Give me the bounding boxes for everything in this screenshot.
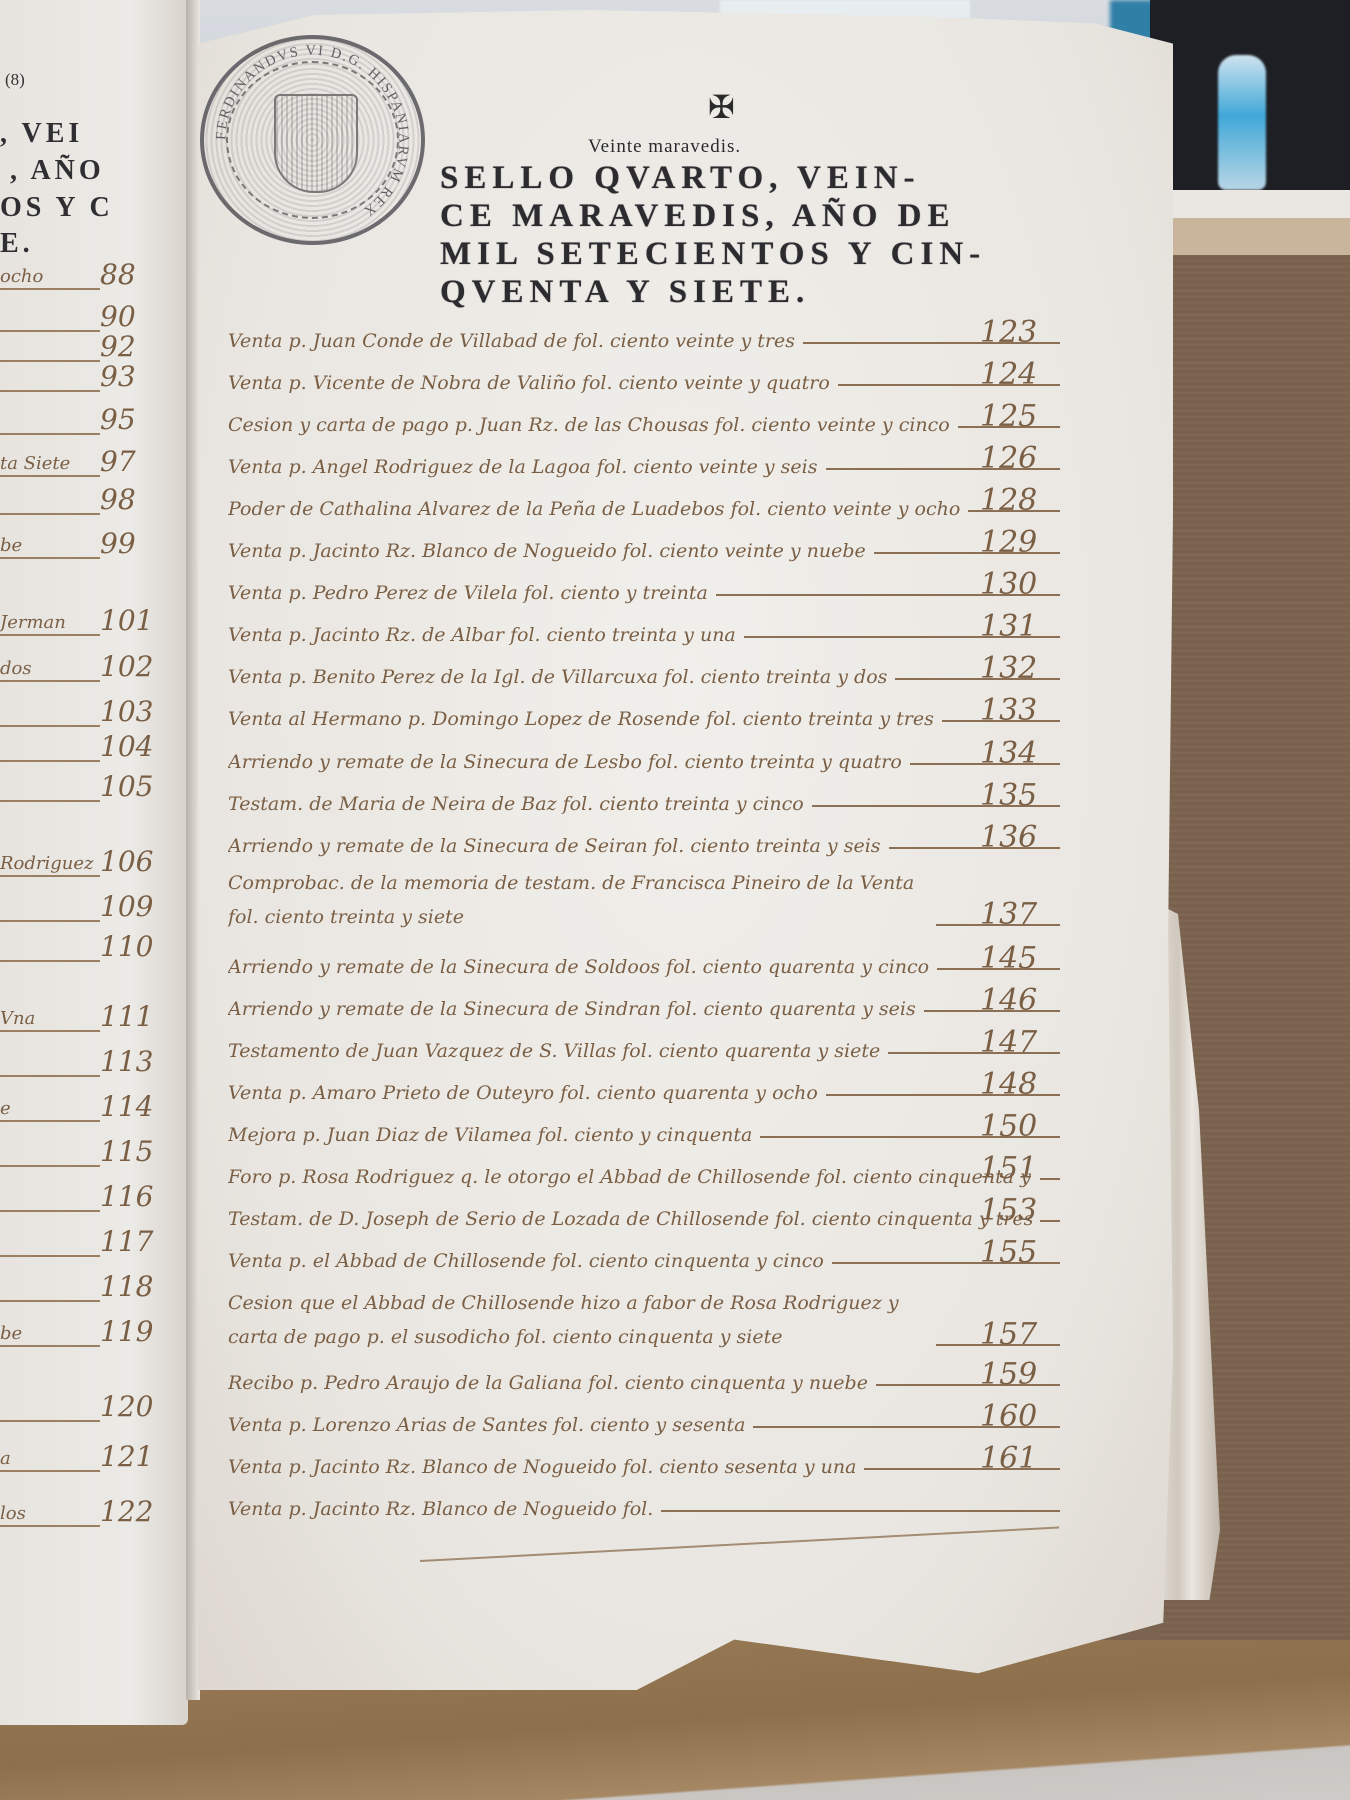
entry-description: Recibo p. Pedro Araujo de la Galiana fol… — [228, 1372, 868, 1394]
left-entry-fragment: ta Siete — [0, 453, 70, 474]
stamp-heading-line-1: SELLO QVARTO, VEIN- — [440, 160, 921, 197]
folio-number: 128 — [980, 483, 1080, 518]
leader-line — [0, 360, 100, 362]
left-page-corner-mark: (8) — [5, 70, 25, 90]
left-entry-fragment: Rodriguez — [0, 853, 94, 874]
folio-number: 135 — [980, 778, 1080, 813]
entry-description: Venta p. Vicente de Nobra de Valiño fol.… — [228, 372, 830, 394]
index-entry: Venta p. Jacinto Rz. de Albar fol. cient… — [228, 606, 1068, 646]
index-entry: Testamento de Juan Vazquez de S. Villas … — [228, 1022, 1068, 1062]
index-entry: Venta p. Jacinto Rz. Blanco de Nogueido … — [228, 1438, 1068, 1478]
folio-number: 88 — [100, 258, 136, 291]
entry-description: Testam. de Maria de Neira de Baz fol. ci… — [228, 793, 804, 815]
folio-number: 123 — [980, 315, 1080, 350]
folio-number: 147 — [980, 1025, 1080, 1060]
left-entry-fragment: los — [0, 1503, 26, 1524]
index-entry: Venta p. Jacinto Rz. Blanco de Nogueido … — [228, 522, 1068, 562]
folio-number: 131 — [980, 609, 1080, 644]
folio-number: 159 — [980, 1357, 1080, 1392]
leader-line — [0, 390, 100, 392]
entry-description: Venta p. Jacinto Rz. Blanco de Nogueido … — [228, 1456, 856, 1478]
entry-description: Venta p. Lorenzo Arias de Santes fol. ci… — [228, 1414, 745, 1436]
folio-number: 95 — [100, 403, 136, 436]
index-entry: Venta p. Amaro Prieto de Outeyro fol. ci… — [228, 1064, 1068, 1104]
folio-number: 161 — [980, 1441, 1080, 1476]
leader-line — [0, 725, 100, 727]
index-entry: Arriendo y remate de la Sinecura de Sind… — [228, 980, 1068, 1020]
folio-number: 114 — [100, 1090, 153, 1123]
index-entry: Venta al Hermano p. Domingo Lopez de Ros… — [228, 690, 1068, 730]
folio-number: 103 — [100, 695, 153, 728]
folio-number: 124 — [980, 357, 1080, 392]
folio-number: 116 — [100, 1180, 153, 1213]
folio-number: 102 — [100, 650, 153, 683]
entry-description: Venta p. Benito Perez de la Igl. de Vill… — [228, 666, 887, 688]
stamp-heading-line-3: MIL SETECIENTOS Y CIN- — [440, 236, 986, 273]
folio-number: 133 — [980, 693, 1080, 728]
left-entry-fragment: dos — [0, 658, 32, 679]
index-entry: Arriendo y remate de la Sinecura de Seir… — [228, 817, 1068, 857]
folio-number: 145 — [980, 941, 1080, 976]
folio-number: 120 — [100, 1390, 153, 1423]
folio-number: 118 — [100, 1270, 153, 1303]
leader-line — [0, 1255, 100, 1257]
folio-number: 106 — [100, 845, 153, 878]
folio-number: 104 — [100, 730, 153, 763]
index-entry: Venta p. Lorenzo Arias de Santes fol. ci… — [228, 1396, 1068, 1436]
leader-line — [0, 1165, 100, 1167]
leader-line — [0, 760, 100, 762]
left-stamp-fragment: OS Y C — [0, 192, 114, 224]
entry-description: Arriendo y remate de la Sinecura de Sold… — [228, 956, 929, 978]
index-entry: Venta p. Pedro Perez de Vilela fol. cien… — [228, 564, 1068, 604]
left-entry-fragment: ocho — [0, 266, 43, 287]
folio-number: 111 — [100, 1000, 153, 1033]
leader-line — [0, 1345, 100, 1347]
entry-description: Testam. de D. Joseph de Serio de Lozada … — [228, 1208, 1032, 1230]
entry-description: Venta p. Jacinto Rz. Blanco de Nogueido … — [228, 1498, 653, 1520]
index-entry: Arriendo y remate de la Sinecura de Lesb… — [228, 733, 1068, 773]
folio-number: 146 — [980, 983, 1080, 1018]
folio-number: 122 — [100, 1495, 153, 1528]
leader-line — [0, 920, 100, 922]
folio-number: 130 — [980, 567, 1080, 602]
leader-line — [0, 800, 100, 802]
left-entry-fragment: a — [0, 1448, 11, 1469]
folio-number: 110 — [100, 930, 153, 963]
folio-number: 98 — [100, 483, 136, 516]
folio-number: 129 — [980, 525, 1080, 560]
folio-number: 90 — [100, 300, 136, 333]
leader-line — [0, 634, 100, 636]
folio-number: 151 — [980, 1151, 1080, 1186]
entry-description: Cesion y carta de pago p. Juan Rz. de la… — [228, 414, 950, 436]
seal-legend: FERDINANDVS VI D.G. HISPANIARVM REX — [204, 39, 421, 241]
folio-number: 150 — [980, 1109, 1080, 1144]
entry-description: Mejora p. Juan Diaz de Vilamea fol. cien… — [228, 1124, 752, 1146]
index-entry: Testam. de Maria de Neira de Baz fol. ci… — [228, 775, 1068, 815]
index-entry: Venta p. Jacinto Rz. Blanco de Nogueido … — [228, 1480, 1068, 1520]
entry-description: Venta al Hermano p. Domingo Lopez de Ros… — [228, 708, 934, 730]
folio-number: 126 — [980, 441, 1080, 476]
folio-number: 92 — [100, 330, 136, 363]
entry-description: Arriendo y remate de la Sinecura de Sind… — [228, 998, 916, 1020]
left-entry-fragment: be — [0, 535, 22, 556]
index-entry: Cesion que el Abbad de Chillosende hizo … — [228, 1282, 1068, 1354]
leader-line — [0, 1030, 100, 1032]
entry-description: Arriendo y remate de la Sinecura de Seir… — [228, 835, 881, 857]
stamp-value: Veinte maravedis. — [588, 136, 741, 158]
folio-number: 155 — [980, 1235, 1080, 1270]
leader-line — [0, 288, 100, 290]
background-shelf — [1160, 190, 1350, 218]
folio-number: 115 — [100, 1135, 153, 1168]
leader-line — [0, 1120, 100, 1122]
leader-line — [0, 330, 100, 332]
left-entry-fragment: be — [0, 1323, 22, 1344]
leader-line — [0, 1525, 100, 1527]
stamp-heading-line-4: QVENTA Y SIETE. — [440, 274, 810, 311]
folio-number: 132 — [980, 651, 1080, 686]
leader-line — [0, 1075, 100, 1077]
folio-number: 153 — [980, 1193, 1080, 1228]
folio-number: 121 — [100, 1440, 153, 1473]
index-entry: Testam. de D. Joseph de Serio de Lozada … — [228, 1190, 1068, 1230]
entry-description: Venta p. Jacinto Rz. Blanco de Nogueido … — [228, 540, 866, 562]
entry-description: Poder de Cathalina Alvarez de la Peña de… — [228, 498, 960, 520]
left-entry-fragment: Vna — [0, 1008, 35, 1029]
folio-number: 93 — [100, 360, 136, 393]
index-entry: Arriendo y remate de la Sinecura de Sold… — [228, 938, 1068, 978]
index-entry: Recibo p. Pedro Araujo de la Galiana fol… — [228, 1354, 1068, 1394]
folio-number: 137 — [980, 897, 1080, 932]
leader-line — [661, 1510, 1060, 1512]
entry-description: Venta p. Angel Rodriguez de la Lagoa fol… — [228, 456, 818, 478]
folio-number: 125 — [980, 399, 1080, 434]
folio-number: 134 — [980, 736, 1080, 771]
royal-seal-stamp: FERDINANDVS VI D.G. HISPANIARVM REX — [200, 35, 425, 245]
entry-description: Venta p. Amaro Prieto de Outeyro fol. ci… — [228, 1082, 818, 1104]
folio-number: 101 — [100, 604, 153, 637]
folio-number: 113 — [100, 1045, 153, 1078]
folio-number: 117 — [100, 1225, 153, 1258]
water-bottle — [1218, 55, 1266, 190]
index-entry: Cesion y carta de pago p. Juan Rz. de la… — [228, 396, 1068, 436]
entry-description: Cesion que el Abbad de Chillosende hizo … — [228, 1286, 928, 1354]
leader-line — [0, 557, 100, 559]
index-entry: Venta p. Juan Conde de Villabad de fol. … — [228, 312, 1068, 352]
leader-line — [0, 875, 100, 877]
index-entry: Foro p. Rosa Rodriguez q. le otorgo el A… — [228, 1148, 1068, 1188]
folio-number: 119 — [100, 1315, 153, 1348]
index-entry: Mejora p. Juan Diaz de Vilamea fol. cien… — [228, 1106, 1068, 1146]
index-entry: Poder de Cathalina Alvarez de la Peña de… — [228, 480, 1068, 520]
folio-number: 157 — [980, 1317, 1080, 1352]
folio-number: 109 — [100, 890, 153, 923]
folio-number: 97 — [100, 445, 136, 478]
index-entry: Venta p. Vicente de Nobra de Valiño fol.… — [228, 354, 1068, 394]
cross-icon: ✠ — [708, 88, 735, 126]
leader-line — [0, 1470, 100, 1472]
entry-description: Venta p. Pedro Perez de Vilela fol. cien… — [228, 582, 708, 604]
leader-line — [0, 960, 100, 962]
entry-description: Foro p. Rosa Rodriguez q. le otorgo el A… — [228, 1166, 1032, 1188]
folio-number: 99 — [100, 527, 136, 560]
svg-text:FERDINANDVS VI D.G. HISPANIARV: FERDINANDVS VI D.G. HISPANIARVM REX — [213, 43, 411, 220]
leader-line — [0, 1420, 100, 1422]
folio-number: 160 — [980, 1399, 1080, 1434]
left-page: (8) , VEI , AÑO OS Y C E. ocho8890929395… — [0, 0, 188, 1725]
folio-number: 105 — [100, 770, 153, 803]
folio-number: 148 — [980, 1067, 1080, 1102]
left-entry-fragment: Jerman — [0, 612, 66, 633]
index-entry: Comprobac. de la memoria de testam. de F… — [228, 862, 1068, 934]
book-gutter — [186, 0, 200, 1700]
left-stamp-fragment: , VEI — [0, 118, 83, 150]
leader-line — [0, 1210, 100, 1212]
stamp-heading-line-2: CE MARAVEDIS, AÑO DE — [440, 198, 955, 235]
entry-description: Testamento de Juan Vazquez de S. Villas … — [228, 1040, 880, 1062]
entry-description: Venta p. Juan Conde de Villabad de fol. … — [228, 330, 795, 352]
leader-line — [0, 680, 100, 682]
index-entry: Venta p. Angel Rodriguez de la Lagoa fol… — [228, 438, 1068, 478]
left-entry-fragment: e — [0, 1098, 11, 1119]
leader-line — [0, 475, 100, 477]
index-entry: Venta p. el Abbad de Chillosende fol. ci… — [228, 1232, 1068, 1272]
entry-description: Comprobac. de la memoria de testam. de F… — [228, 866, 928, 934]
entry-description: Venta p. Jacinto Rz. de Albar fol. cient… — [228, 624, 736, 646]
leader-line — [0, 513, 100, 515]
left-stamp-fragment: E. — [0, 228, 34, 260]
index-entry: Venta p. Benito Perez de la Igl. de Vill… — [228, 648, 1068, 688]
background-shelf-edge — [1160, 218, 1350, 256]
leader-line — [0, 1300, 100, 1302]
folio-number: 136 — [980, 820, 1080, 855]
entry-description: Venta p. el Abbad de Chillosende fol. ci… — [228, 1250, 824, 1272]
leader-line — [0, 433, 100, 435]
entry-description: Arriendo y remate de la Sinecura de Lesb… — [228, 751, 902, 773]
left-stamp-fragment: , AÑO — [10, 155, 105, 187]
